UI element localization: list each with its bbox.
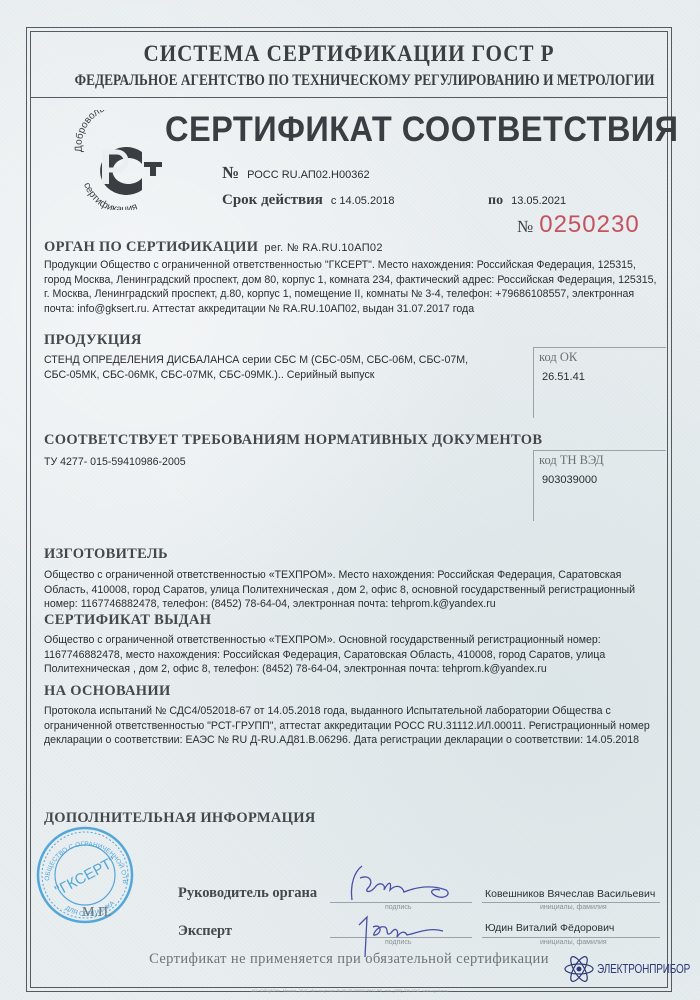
head-signature-icon — [340, 860, 460, 905]
manufacturer-text: Общество с ограниченной ответственностью… — [44, 568, 664, 612]
blank-number: №0250230 — [517, 211, 640, 239]
tnved-code-label: код ТН ВЭД — [539, 453, 666, 468]
product-heading: ПРОДУКЦИЯ — [44, 332, 142, 349]
cert-body-text: Продукции Общество с ограниченной ответс… — [44, 258, 664, 316]
number-sign: № — [222, 163, 239, 182]
okpd-code-label: код ОК — [539, 350, 666, 365]
tnved-code-value: 903039000 — [542, 474, 666, 486]
atom-icon — [563, 956, 595, 982]
valid-from: с 14.05.2018 — [331, 195, 395, 207]
tnved-code-box: код ТН ВЭД 903039000 — [533, 450, 666, 521]
basis-text: Протокола испытаний № СДС4/052018-67 от … — [44, 704, 664, 748]
product-text: СТЕНД ОПРЕДЕЛЕНИЯ ДИСБАЛАНСА серии СБС М… — [44, 353, 522, 382]
expert-name: Юдин Виталий Фёдорович — [485, 922, 614, 934]
blank-number-value: 0250230 — [539, 211, 639, 238]
brand-watermark: ЭЛЕКТРОНПРИБОР — [563, 956, 700, 982]
cert-body-heading-text: ОРГАН ПО СЕРТИФИКАЦИИ — [44, 239, 258, 255]
certificate-title: СЕРТИФИКАТ СООТВЕТСТВИЯ — [165, 110, 679, 150]
reg-number-value: РОСС RU.АП02.Н00362 — [247, 169, 369, 181]
issued-to-heading: СЕРТИФИКАТ ВЫДАН — [44, 612, 211, 629]
expert-role-label: Эксперт — [178, 923, 232, 940]
printer-info: АО «ОПЦИОН», Москва, 2017, «Б» лицензия … — [150, 988, 550, 993]
system-title: СИСТЕМА СЕРТИФИКАЦИИ ГОСТ Р — [56, 41, 643, 67]
agency-title: ФЕДЕРАЛЬНОЕ АГЕНТСТВО ПО ТЕХНИЧЕСКОМУ РЕ… — [75, 72, 624, 90]
head-role-label: Руководитель органа — [178, 885, 317, 902]
valid-to-value: 13.05.2021 — [511, 195, 566, 207]
head-name-caption: инициалы, фамилия — [540, 904, 607, 911]
blank-number-sign: № — [517, 217, 533, 236]
basis-heading: НА ОСНОВАНИИ — [44, 683, 171, 700]
header-divider — [30, 97, 668, 98]
valid-to-label: по — [488, 193, 503, 208]
compliance-text: ТУ 4277- 015-59410986-2005 — [44, 455, 514, 470]
seal-place-label: М.П. — [82, 905, 112, 921]
registration-number: №РОСС RU.АП02.Н00362 — [222, 163, 370, 183]
head-name-line — [482, 902, 660, 903]
brand-name: ЭЛЕКТРОНПРИБОР — [597, 962, 690, 976]
cert-body-heading: ОРГАН ПО СЕРТИФИКАЦИИрег. № RA.RU.10АП02 — [44, 239, 383, 256]
rst-logo-icon: Добровольная сертификация — [70, 110, 170, 210]
okpd-code-box: код ОК 26.51.41 — [533, 347, 666, 418]
validity-period: Срок действияс 14.05.2018 — [222, 191, 394, 209]
svg-text:Добровольная: Добровольная — [73, 110, 121, 153]
compliance-heading: СООТВЕТСТВУЕТ ТРЕБОВАНИЯМ НОРМАТИВНЫХ ДО… — [44, 432, 542, 449]
validity-label: Срок действия — [222, 192, 323, 208]
expert-name-caption: инициалы, фамилия — [540, 939, 607, 946]
head-name: Ковешников Вячеслав Васильевич — [485, 888, 655, 900]
cert-body-reg: рег. № RA.RU.10АП02 — [264, 242, 382, 254]
manufacturer-heading: ИЗГОТОВИТЕЛЬ — [44, 546, 168, 563]
expert-name-line — [482, 937, 660, 938]
issued-to-text: Общество с ограниченной ответственностью… — [44, 633, 664, 677]
okpd-code-value: 26.51.41 — [542, 371, 666, 383]
valid-to: по13.05.2021 — [488, 191, 566, 209]
